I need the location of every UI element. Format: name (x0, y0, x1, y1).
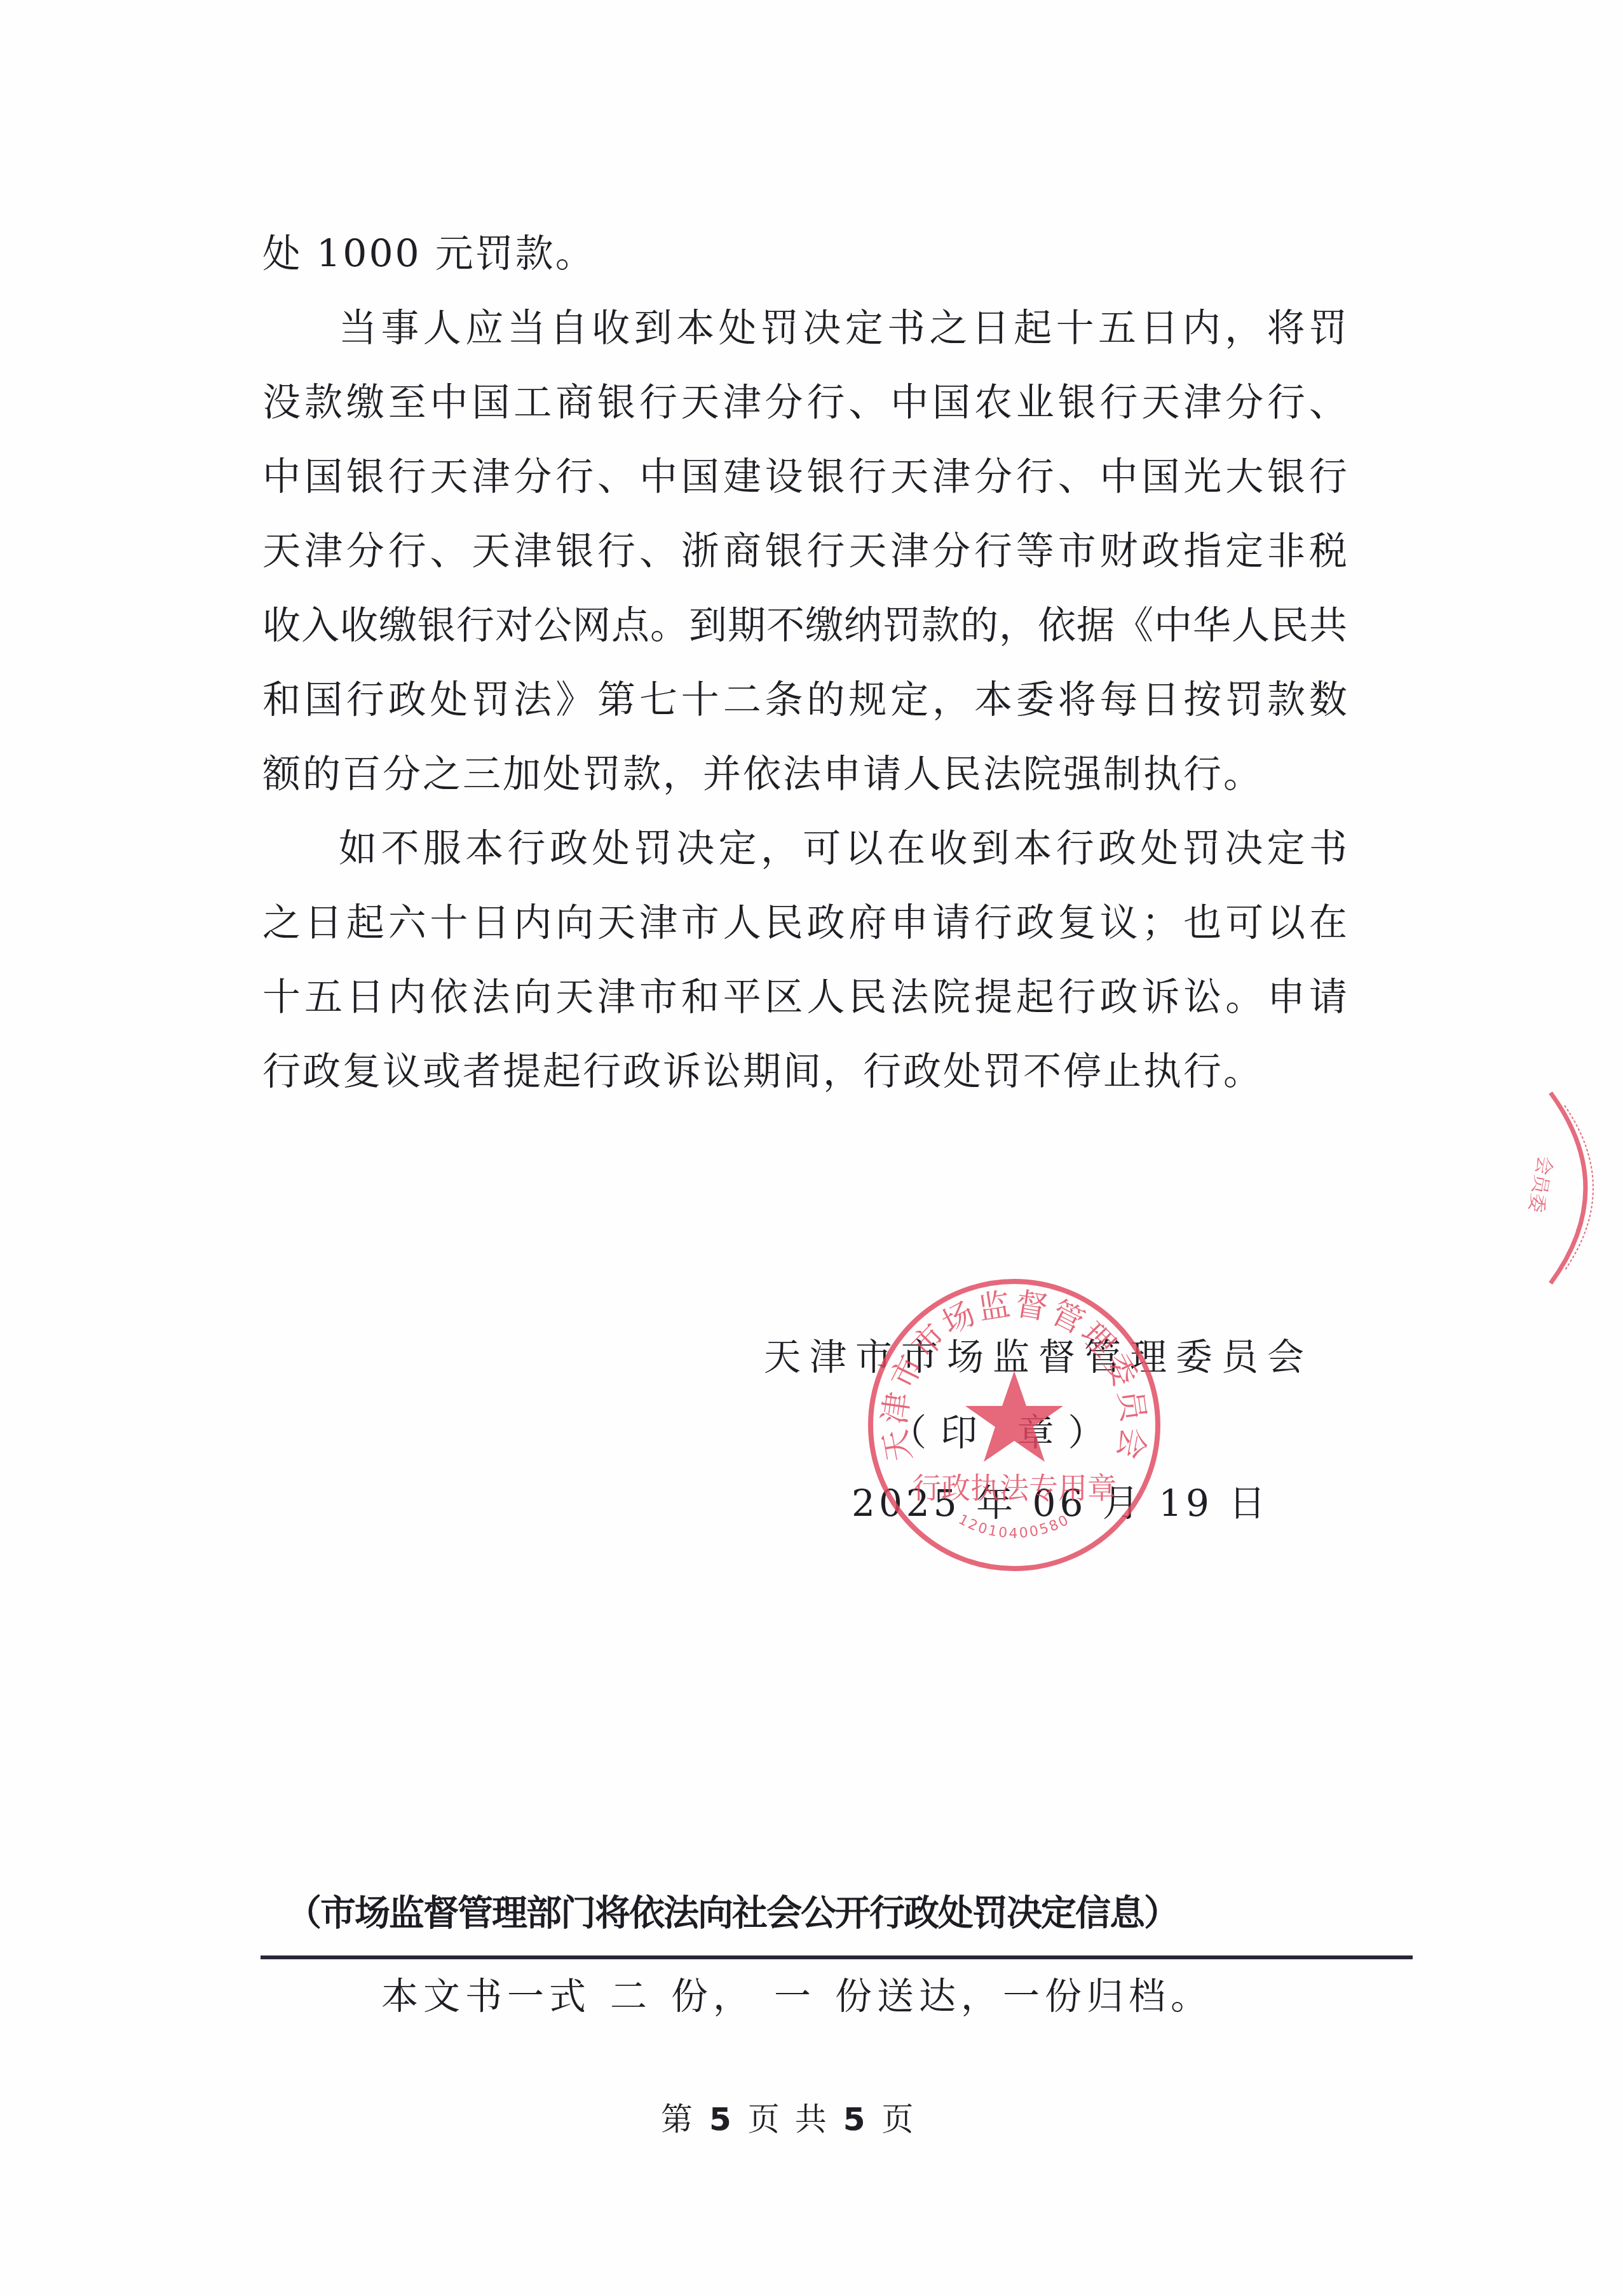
body-line: 没款缴至中国工商银行天津分行、中国农业银行天津分行、 (262, 377, 1347, 428)
document-page: 处 1000 元罚款。 当事人应当自收到本处罚决定书之日起十五日内，将罚 没款缴… (0, 0, 1623, 2296)
body-line: 当事人应当自收到本处罚决定书之日起十五日内，将罚 (339, 303, 1347, 354)
body-line: 行政复议或者提起行政诉讼期间，行政处罚不停止执行。 (262, 1046, 1347, 1097)
seal-label: （印 章） (890, 1407, 1118, 1458)
page-current: 5 (709, 2101, 734, 2138)
page-label-suffix: 页 (882, 2101, 916, 2138)
copies-prefix: 本文书一式 (381, 1975, 591, 2018)
body-line: 之日起六十日内向天津市人民政府申请行政复议；也可以在 (262, 898, 1347, 949)
disclosure-notice: （市场监督管理部门将依法向社会公开行政处罚决定信息） (286, 1888, 1178, 1939)
body-line: 额的百分之三加处罚款，并依法申请人民法院强制执行。 (262, 749, 1347, 800)
signature-date: 2025 年 06 月 19 日 (852, 1478, 1269, 1529)
copies-rest: 份送达，一份归档。 (835, 1975, 1212, 2018)
body-line: 如不服本行政处罚决定，可以在收到本行政处罚决定书 (339, 823, 1347, 874)
copies-statement: 本文书一式二份，一份送达，一份归档。 (381, 1971, 1212, 2022)
body-line: 收入收缴银行对公网点。到期不缴纳罚款的，依据《中华人民共 (262, 600, 1347, 651)
body-line: 天津分行、天津银行、浙商银行天津分行等市财政指定非税 (262, 526, 1347, 577)
signature-organization: 天津市市场监督管理委员会 (764, 1332, 1313, 1382)
page-total: 5 (843, 2101, 868, 2138)
copies-unit: 份， (671, 1975, 755, 2018)
copies-served: 一 (774, 1975, 816, 2018)
page-label-mid: 页 共 (748, 2101, 829, 2138)
body-line: 处 1000 元罚款。 (262, 229, 1347, 280)
seam-stamp-icon: 会员委 (1525, 1080, 1623, 1296)
footer-divider (261, 1955, 1413, 1959)
body-line: 十五日内依法向天津市和平区人民法院提起行政诉讼。申请 (262, 972, 1347, 1023)
body-line: 和国行政处罚法》第七十二条的规定，本委将每日按罚款数 (262, 675, 1347, 726)
page-label-prefix: 第 (661, 2101, 695, 2138)
copies-total: 二 (610, 1975, 652, 2018)
svg-text:会员委: 会员委 (1525, 1154, 1556, 1215)
body-line: 中国银行天津分行、中国建设银行天津分行、中国光大银行 (262, 452, 1347, 503)
page-number: 第5页 共5页 (661, 2095, 916, 2144)
